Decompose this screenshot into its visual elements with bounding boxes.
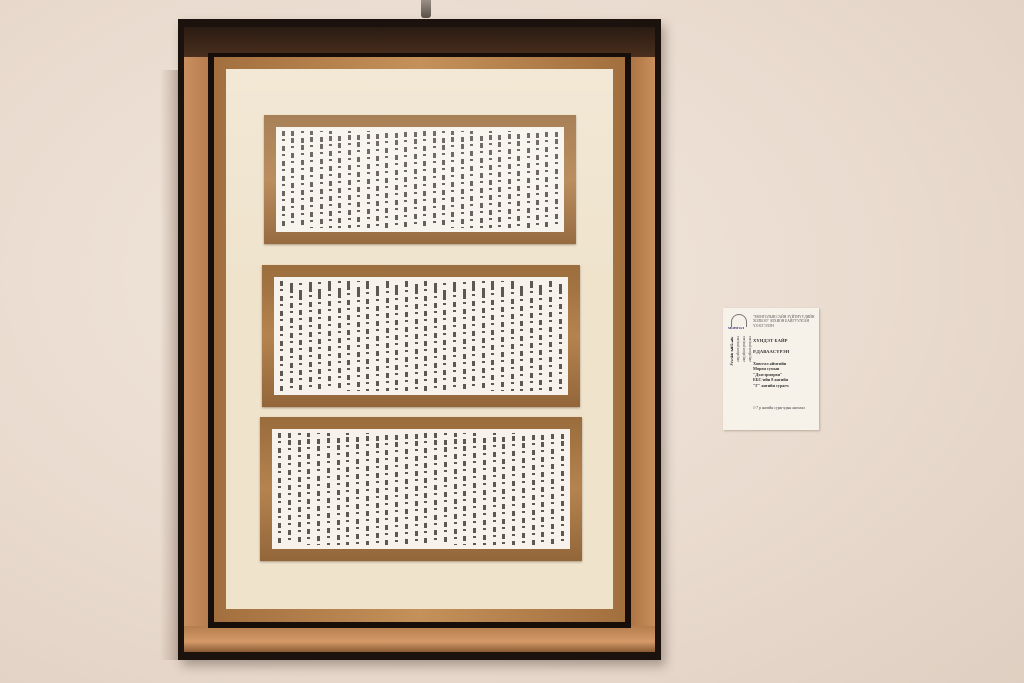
script-column (415, 433, 418, 545)
script-column (424, 281, 427, 391)
vertical-script-line: vertical script line (748, 336, 754, 424)
script-column (539, 281, 542, 391)
script-column (482, 281, 485, 391)
calligraphy-panel-1 (264, 115, 576, 244)
script-column (346, 433, 349, 545)
script-column (376, 131, 379, 228)
script-column (463, 433, 466, 545)
script-column (404, 131, 407, 228)
script-column (282, 131, 285, 228)
hanging-hook (421, 0, 431, 18)
script-column (278, 433, 281, 545)
script-column (454, 433, 457, 545)
artist-name: Р.ДАВААСҮРЭН (753, 349, 789, 354)
script-column (434, 433, 437, 545)
script-column (288, 433, 291, 545)
organization-logo-icon: МОНГОЛ (728, 314, 750, 332)
description-line: "Г" ангийн сурагч (753, 383, 817, 388)
script-column (328, 281, 331, 391)
script-column (532, 433, 535, 545)
script-column (443, 281, 446, 391)
frame-bevel-bottom (184, 626, 655, 652)
script-column (376, 433, 379, 545)
script-column (317, 433, 320, 545)
script-column (280, 281, 283, 391)
calligraphy-panel-2 (262, 265, 580, 407)
calligraphy-paper (274, 277, 568, 395)
vertical-script-line: ᠮᠣᠩᠭᠣᠯ ᠪᠢᠴᠢᠭ (727, 336, 733, 424)
script-column (405, 281, 408, 391)
script-column (395, 131, 398, 228)
script-column (491, 281, 494, 391)
script-column (329, 131, 332, 228)
script-column (309, 281, 312, 391)
category-note: 1-7 р ангийн сурагчдын ангилал (753, 406, 817, 411)
script-column (444, 433, 447, 545)
calligraphy-paper (272, 429, 570, 549)
script-column (470, 131, 473, 228)
artist-description: Хөвсгөл аймгийн Мөрөн сумын "Дэлгэрмөрөн… (753, 361, 817, 388)
picture-frame (178, 19, 661, 660)
script-column (307, 433, 310, 545)
logo-text: МОНГОЛ (728, 326, 744, 330)
calligraphy-panel-3 (260, 417, 582, 561)
script-column (395, 281, 398, 391)
script-column (551, 433, 554, 545)
script-column (414, 131, 417, 228)
script-column (520, 281, 523, 391)
script-column (327, 433, 330, 545)
cream-mat (226, 69, 613, 609)
script-column (376, 281, 379, 391)
script-column (386, 281, 389, 391)
script-column (434, 281, 437, 391)
script-column (545, 131, 548, 228)
script-column (290, 281, 293, 391)
script-column (489, 131, 492, 228)
script-column (299, 281, 302, 391)
script-column (536, 131, 539, 228)
script-column (512, 433, 515, 545)
script-column (483, 433, 486, 545)
script-column (473, 433, 476, 545)
script-column (541, 433, 544, 545)
script-column (310, 131, 313, 228)
script-column (442, 131, 445, 228)
script-column (357, 131, 360, 228)
script-column (559, 281, 562, 391)
script-column (549, 281, 552, 391)
award-title: ХҮНДЭТ БАЙР (753, 338, 788, 343)
script-column (530, 281, 533, 391)
script-column (385, 131, 388, 228)
script-column (357, 281, 360, 391)
script-column (423, 131, 426, 228)
script-column (498, 131, 501, 228)
script-column (338, 131, 341, 228)
script-column (291, 131, 294, 228)
script-column (385, 433, 388, 545)
script-column (472, 281, 475, 391)
script-column (527, 131, 530, 228)
script-column (522, 433, 525, 545)
script-column (395, 433, 398, 545)
script-column (433, 131, 436, 228)
exhibition-label-card: МОНГОЛ "МОНГОЛЫН САЙН ЗҮЙТНҮҮДИЙН ХОЛБОО… (723, 308, 819, 430)
script-column (405, 433, 408, 545)
script-column (517, 131, 520, 228)
script-column (561, 433, 564, 545)
script-column (366, 433, 369, 545)
script-column (320, 131, 323, 228)
script-column (493, 433, 496, 545)
script-column (347, 281, 350, 391)
calligraphy-paper (276, 127, 564, 232)
script-column (461, 131, 464, 228)
script-column (367, 131, 370, 228)
script-column (511, 281, 514, 391)
organization-text: "МОНГОЛЫН САЙН ЗҮЙТНҮҮДИЙН ХОЛБОО" ЗОХИО… (753, 315, 815, 328)
script-column (298, 433, 301, 545)
script-column (415, 281, 418, 391)
script-column (366, 281, 369, 391)
script-column (463, 281, 466, 391)
script-column (348, 131, 351, 228)
script-column (318, 281, 321, 391)
script-column (501, 281, 504, 391)
script-column (480, 131, 483, 228)
script-column (424, 433, 427, 545)
script-column (337, 433, 340, 545)
script-column (502, 433, 505, 545)
script-column (555, 131, 558, 228)
script-column (508, 131, 511, 228)
script-column (301, 131, 304, 228)
script-column (356, 433, 359, 545)
script-column (453, 281, 456, 391)
script-column (338, 281, 341, 391)
script-column (451, 131, 454, 228)
